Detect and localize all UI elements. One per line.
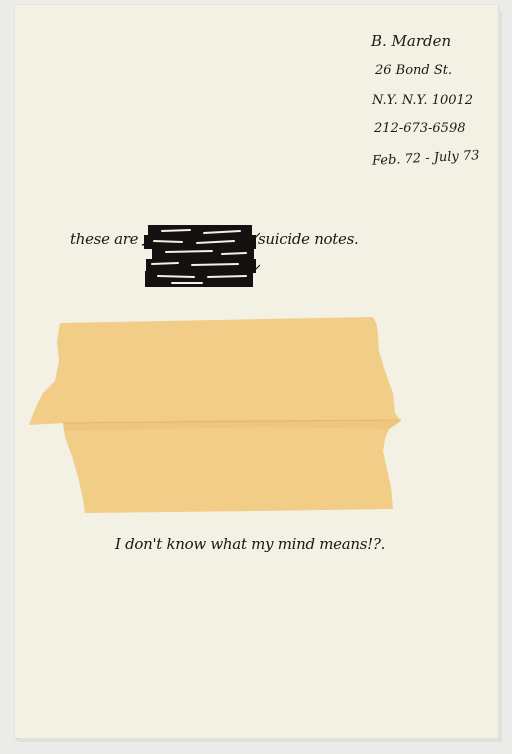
masking-tape xyxy=(25,311,410,516)
redaction-scribble xyxy=(142,221,260,291)
paper-edge-right xyxy=(498,11,502,738)
line-these-are: these are xyxy=(70,230,138,248)
paper-edge-bottom xyxy=(19,738,502,742)
phone-number: 212-673-6598 xyxy=(374,121,466,136)
date-range: Feb. 72 - July 73 xyxy=(372,148,480,169)
line-suicide-notes: suicide notes. xyxy=(258,230,358,248)
line-mind-means: I don't know what my mind means!?. xyxy=(115,535,385,553)
street-address: 26 Bond St. xyxy=(375,63,452,78)
author-name: B. Marden xyxy=(371,32,451,50)
photo-background: B. Marden 26 Bond St. N.Y. N.Y. 10012 21… xyxy=(0,0,512,754)
paper-sheet: B. Marden 26 Bond St. N.Y. N.Y. 10012 21… xyxy=(15,5,498,738)
city-state-zip: N.Y. N.Y. 10012 xyxy=(372,93,473,108)
